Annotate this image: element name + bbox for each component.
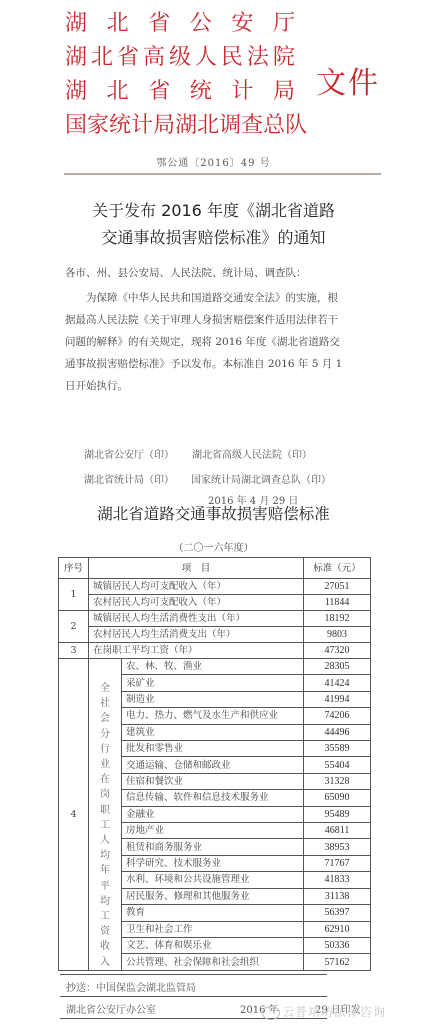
issuer-char: 湖 (65, 10, 87, 38)
industry-cell: 房地产业 (122, 823, 304, 839)
standard-title: 湖北省道路交通事故损害赔偿标准 (0, 502, 427, 524)
addressee: 各市、州、县公安局、人民法院、统计局、调查队： (65, 262, 365, 284)
issuer-char: 省 (148, 10, 170, 38)
footer-divider-top (60, 974, 327, 975)
label-char: 平 (93, 879, 117, 894)
issuer-char: 安 (231, 10, 253, 38)
industry-cell: 信息传输、软件和信息技术服务业 (122, 790, 304, 806)
issuer-char: 院 (273, 44, 295, 72)
issuer-char: 级 (169, 44, 191, 72)
value-cell: 95489 (304, 806, 371, 822)
industry-cell: 居民服务、修理和其他服务业 (122, 888, 304, 904)
body-line: 据最高人民法院《关于审理人身损害赔偿案件适用法律若干 (65, 309, 365, 331)
label-char: 岗 (93, 787, 117, 802)
issuer-char: 总 (263, 112, 285, 140)
issuer-char: 调 (219, 112, 241, 140)
value-cell: 27051 (304, 579, 371, 595)
issuer-public-security: 湖北省公安厅 (65, 10, 295, 38)
industry-cell: 批发和零售业 (122, 741, 304, 757)
issuer-char: 省 (148, 78, 170, 106)
issuing-office: 湖北省公安厅办公室 (66, 1001, 156, 1016)
seq-cell: 2 (59, 611, 89, 643)
issuer-char: 国 (65, 112, 87, 140)
value-cell: 31138 (304, 888, 371, 904)
industry-cell: 公共管理、社会保障和社会组织 (122, 954, 304, 971)
item-cell: 城镇居民人均生活消费性支出（年） (89, 611, 304, 627)
issuer-char: 家 (87, 112, 109, 140)
industry-cell: 文艺、体育和娱乐业 (122, 937, 304, 953)
signature-survey-team: 国家统计局湖北调查总队（印） (191, 471, 331, 486)
industry-cell: 科学研究、技术服务业 (122, 855, 304, 871)
body-line: 通事故损害赔偿标准》予以发布。本标准自 2016 年 5 月 1 (65, 353, 365, 375)
group-label-vertical: 全 社 会 分 行 业 在 岗 职 工 人 均 年 平 均 工 资 收 入 (89, 659, 122, 971)
label-char: 工 (93, 909, 117, 924)
issuer-char: 队 (285, 112, 307, 140)
issuer-char: 省 (117, 44, 139, 72)
value-cell: 38953 (304, 839, 371, 855)
notice-title-line1: 关于发布 2016 年度《湖北省道路 (0, 198, 427, 221)
header-divider (64, 173, 381, 175)
watermark-text: 云普靖坊法律咨询 (282, 1005, 386, 1019)
standard-year: （二〇一六年度） (0, 539, 427, 554)
issuer-char: 厅 (273, 10, 295, 38)
wechat-icon (262, 1006, 280, 1020)
issuer-char: 统 (190, 78, 212, 106)
seq-cell: 4 (59, 659, 89, 971)
value-cell: 41833 (304, 872, 371, 888)
label-char: 行 (93, 742, 117, 757)
label-char: 均 (93, 894, 117, 909)
issuer-char: 湖 (175, 112, 197, 140)
issuer-char: 计 (131, 112, 153, 140)
value-cell: 71767 (304, 855, 371, 871)
industry-cell: 采矿业 (122, 675, 304, 691)
seq-cell: 3 (59, 643, 89, 659)
table-row: 农村居民人均可支配收入（年） 11844 (59, 595, 371, 611)
label-char: 均 (93, 848, 117, 863)
table-row: 4 全 社 会 分 行 业 在 岗 职 工 人 均 年 平 均 工 资 收 入 … (59, 659, 371, 675)
value-cell: 31328 (304, 773, 371, 789)
value-cell: 28305 (304, 659, 371, 675)
notice-title-line2: 交通事故损害赔偿标准》的通知 (0, 225, 427, 248)
issuer-char: 湖 (65, 78, 87, 106)
table-row: 1 城镇居民人均可支配收入（年） 27051 (59, 579, 371, 595)
cc-recipients: 抄送：中国保监会湖北监管局 (66, 979, 196, 994)
body-line: 为保障《中华人民共和国道路交通安全法》的实施，根 (65, 287, 365, 309)
body-line: 日开始执行。 (65, 375, 365, 397)
col-header-value: 标准（元） (304, 558, 371, 579)
value-cell: 46811 (304, 823, 371, 839)
issuer-high-court: 湖北省高级人民法院 (65, 44, 295, 72)
industry-cell: 租赁和商务服务业 (122, 839, 304, 855)
issuer-char: 湖 (65, 44, 87, 72)
value-cell: 74206 (304, 708, 371, 724)
issuer-char: 法 (247, 44, 269, 72)
value-cell: 41424 (304, 675, 371, 691)
label-char: 入 (93, 955, 117, 970)
document-number: 鄂公通〔2016〕49 号 (0, 154, 427, 169)
col-header-item: 项 目 (89, 558, 304, 579)
compensation-standard-table: 序号 项 目 标准（元） 1 城镇居民人均可支配收入（年） 27051 农村居民… (58, 557, 371, 971)
signature-high-court: 湖北省高级人民法院（印） (192, 446, 312, 461)
body-line: 问题的解释》的有关规定，现将 2016 年度《湖北省道路交 (65, 331, 365, 353)
value-cell: 41994 (304, 691, 371, 707)
industry-cell: 教育 (122, 905, 304, 921)
item-cell: 在岗职工平均工资（年） (89, 643, 304, 659)
issuer-char: 北 (197, 112, 219, 140)
issuer-char: 北 (91, 44, 113, 72)
value-cell: 56397 (304, 905, 371, 921)
issuer-char: 公 (190, 10, 212, 38)
notice-body: 为保障《中华人民共和国道路交通安全法》的实施，根 据最高人民法院《关于审理人身损… (65, 287, 365, 397)
label-char: 职 (93, 803, 117, 818)
label-char: 会 (93, 711, 117, 726)
label-char: 业 (93, 757, 117, 772)
issuer-survey-team: 国家统计局湖北调查总队 (65, 112, 295, 140)
label-char: 工 (93, 818, 117, 833)
item-cell: 农村居民人均可支配收入（年） (89, 595, 304, 611)
value-cell: 57162 (304, 954, 371, 971)
issuer-char: 计 (231, 78, 253, 106)
signature-public-security: 湖北省公安厅（印） (84, 446, 174, 461)
value-cell: 65090 (304, 790, 371, 806)
footer-divider-middle (60, 996, 327, 997)
label-char: 在 (93, 772, 117, 787)
item-cell: 城镇居民人均可支配收入（年） (89, 579, 304, 595)
value-cell: 44496 (304, 724, 371, 740)
value-cell: 18192 (304, 611, 371, 627)
issuer-char: 北 (107, 10, 129, 38)
industry-cell: 电力、热力、燃气及水生产和供应业 (122, 708, 304, 724)
issuer-char: 民 (221, 44, 243, 72)
issuer-char: 人 (195, 44, 217, 72)
value-cell: 9803 (304, 627, 371, 643)
value-cell: 50336 (304, 937, 371, 953)
label-char: 社 (93, 696, 117, 711)
issuer-char: 北 (107, 78, 129, 106)
industry-cell: 农、林、牧、渔业 (122, 659, 304, 675)
table-row: 2 城镇居民人均生活消费性支出（年） 18192 (59, 611, 371, 627)
label-char: 收 (93, 939, 117, 954)
col-header-seq: 序号 (59, 558, 89, 579)
industry-cell: 水利、环境和公共设施管理业 (122, 872, 304, 888)
issuer-char: 查 (241, 112, 263, 140)
industry-cell: 制造业 (122, 691, 304, 707)
table-row: 3 在岗职工平均工资（年） 47320 (59, 643, 371, 659)
label-char: 分 (93, 727, 117, 742)
label-char: 全 (93, 681, 117, 696)
label-char: 年 (93, 863, 117, 878)
table-row: 农村居民人均生活消费支出（年） 9803 (59, 627, 371, 643)
signature-statistics-bureau: 湖北省统计局（印） (84, 471, 174, 486)
industry-cell: 住宿和餐饮业 (122, 773, 304, 789)
issuer-char: 局 (273, 78, 295, 106)
issuer-char: 高 (143, 44, 165, 72)
seq-cell: 1 (59, 579, 89, 611)
item-cell: 农村居民人均生活消费支出（年） (89, 627, 304, 643)
document-type-label: 文件 (316, 58, 380, 102)
issuer-char: 局 (153, 112, 175, 140)
label-char: 资 (93, 924, 117, 939)
industry-cell: 交通运输、仓储和邮政业 (122, 757, 304, 773)
value-cell: 55404 (304, 757, 371, 773)
value-cell: 62910 (304, 921, 371, 937)
label-char: 人 (93, 833, 117, 848)
industry-cell: 金融业 (122, 806, 304, 822)
value-cell: 35589 (304, 741, 371, 757)
industry-cell: 建筑业 (122, 724, 304, 740)
industry-cell: 卫生和社会工作 (122, 921, 304, 937)
value-cell: 11844 (304, 595, 371, 611)
wechat-watermark: 云普靖坊法律咨询 (262, 1003, 386, 1020)
table-header-row: 序号 项 目 标准（元） (59, 558, 371, 579)
issuer-statistics-bureau: 湖北省统计局 (65, 78, 295, 106)
value-cell: 47320 (304, 643, 371, 659)
issuer-char: 统 (109, 112, 131, 140)
